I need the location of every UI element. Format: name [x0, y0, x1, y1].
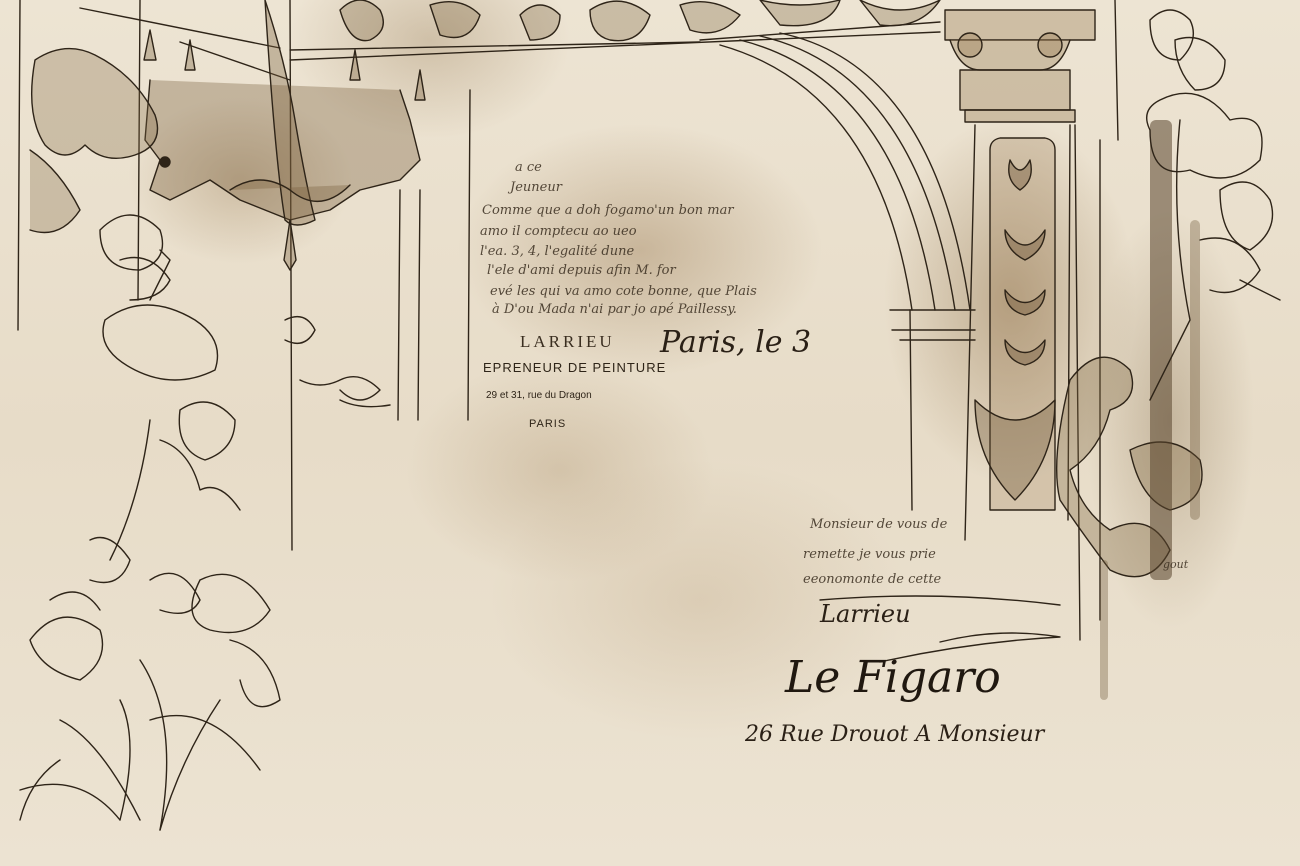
masthead-title: Le Figaro	[785, 652, 1001, 703]
cherub-note: gout	[1163, 558, 1188, 571]
masthead-address: 26 Rue Drouot A Monsieur	[745, 722, 1044, 747]
mural-canvas: a ce Jeuneur Comme que a doh fogamo'un b…	[0, 0, 1300, 866]
masthead: Le Figaro 26 Rue Drouot A Monsieur	[0, 0, 1300, 866]
